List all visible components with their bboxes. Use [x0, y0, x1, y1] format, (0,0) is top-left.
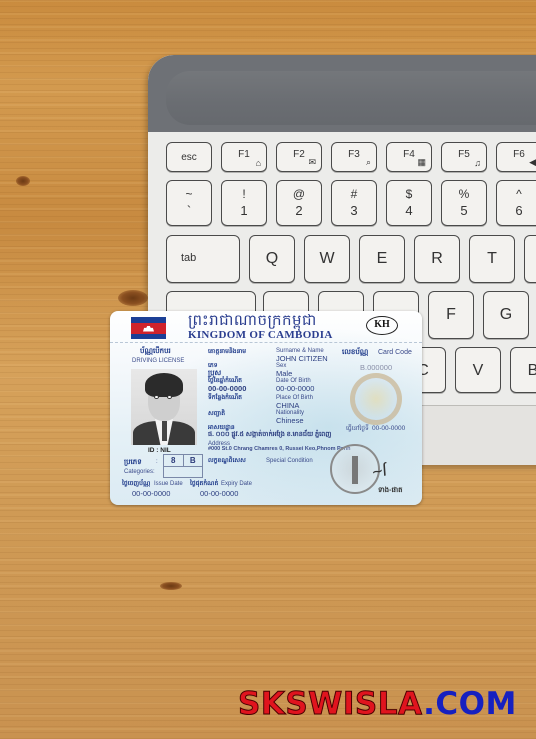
wood-knot	[160, 582, 182, 590]
pob-value: CHINA	[276, 402, 299, 410]
category-box: 8 B	[163, 454, 203, 478]
key-3[interactable]: # 3	[331, 180, 377, 226]
key-label-bottom: `	[167, 203, 211, 218]
key-f5[interactable]: F5 ♫	[441, 142, 487, 172]
nationality-khmer-label: សញ្ជាតិ	[208, 411, 225, 417]
dob-value: 00-00-0000	[276, 385, 314, 393]
key-label-bottom: 5	[442, 203, 486, 218]
key-f6[interactable]: F6 ◀	[496, 142, 536, 172]
official-seal-icon	[350, 373, 402, 425]
watermark-red: SKSWISLA	[238, 686, 423, 722]
expiry-value: 00-00-0000	[200, 490, 238, 498]
driving-license-card: ព្រះរាជាណាចក្រកម្ពុជា KINGDOM OF CAMBODI…	[110, 311, 422, 505]
license-english: DRIVING LICENSE	[132, 358, 184, 364]
key-1[interactable]: ! 1	[221, 180, 267, 226]
key-b[interactable]: B	[510, 347, 536, 393]
key-label-bottom: 3	[332, 203, 376, 218]
key-label: T	[470, 250, 514, 268]
home-icon: ⌂	[256, 158, 261, 168]
calculator-icon: ▦	[417, 157, 426, 168]
back-icon: ◀	[529, 157, 536, 168]
key-tab[interactable]: tab	[166, 235, 240, 283]
key-g[interactable]: G	[483, 291, 529, 339]
key-q[interactable]: Q	[249, 235, 295, 283]
address-khmer-value: ផ. ០០០ ផ្លូវ.៥ សង្កាត់ចាក់អង្រែ ខ.មានជ័យ…	[208, 432, 332, 439]
wood-knot	[16, 176, 30, 186]
key-esc[interactable]: esc	[166, 142, 212, 172]
watermark: SKSWISLA.COM	[238, 686, 517, 722]
signature-khmer: ទាង-ផាត	[378, 487, 403, 494]
issue-place-date: 00-00-0000	[372, 426, 405, 433]
key-label-top: ^	[497, 187, 536, 201]
sex-value: Male	[276, 370, 292, 378]
category-value: B	[184, 455, 203, 466]
nationality-value: Chinese	[276, 417, 304, 425]
card-code-value: B.000000	[360, 364, 392, 372]
key-label: E	[360, 250, 404, 268]
key-label-top: ~	[167, 187, 211, 201]
key-label: F	[429, 306, 473, 324]
key-label-top: #	[332, 187, 376, 201]
key-f2[interactable]: F2 ✉	[276, 142, 322, 172]
key-t[interactable]: T	[469, 235, 515, 283]
category-colon: :	[156, 459, 158, 465]
key-label-bottom: 6	[497, 203, 536, 218]
key-label-bottom: 1	[222, 203, 266, 218]
key-tilde[interactable]: ~ `	[166, 180, 212, 226]
expiry-khmer-label: ថ្ងៃផុតកំណត់	[190, 481, 218, 487]
category-value: 8	[164, 455, 184, 466]
key-label: esc	[167, 152, 211, 163]
issue-place-khmer: ធ្វើនៅថ្ងៃទី	[346, 426, 369, 432]
key-f3[interactable]: F3 ⌕	[331, 142, 377, 172]
key-4[interactable]: $ 4	[386, 180, 432, 226]
key-label: W	[305, 250, 349, 268]
holder-photo	[131, 369, 197, 445]
key-label: Q	[250, 250, 294, 268]
key-2[interactable]: @ 2	[276, 180, 322, 226]
music-icon: ♫	[474, 158, 481, 168]
issue-value: 00-00-0000	[132, 490, 170, 498]
category-label: Categories:	[124, 469, 155, 475]
key-label-top: !	[222, 187, 266, 201]
search-icon: ⌕	[366, 157, 371, 168]
key-5[interactable]: % 5	[441, 180, 487, 226]
issue-khmer-label: ថ្ងៃចេញប័ណ្ណ	[122, 481, 150, 487]
category-khmer: ប្រភេទ	[124, 459, 142, 466]
key-w[interactable]: W	[304, 235, 350, 283]
country-code-badge: KH	[366, 316, 398, 335]
key-f1[interactable]: F1 ⌂	[221, 142, 267, 172]
dob-khmer-value: 00-00-0000	[208, 385, 246, 393]
card-code-label: Card Code	[378, 349, 412, 356]
key-r[interactable]: R	[414, 235, 460, 283]
key-label: B	[511, 362, 536, 380]
key-y-partial[interactable]	[524, 235, 536, 283]
special-label: Special Condition	[266, 458, 313, 464]
name-value: JOHN CITIZEN	[276, 355, 328, 363]
license-khmer: ប័ណ្ណបើកបរ	[140, 348, 171, 355]
pob-khmer-label: ទីកន្លែងកំណើត	[208, 395, 242, 401]
key-f[interactable]: F	[428, 291, 474, 339]
mail-icon: ✉	[308, 157, 316, 168]
key-label-top: @	[277, 187, 321, 201]
expiry-label: Expiry Date	[221, 481, 252, 487]
key-label-bottom: 4	[387, 203, 431, 218]
card-header: ព្រះរាជាណាចក្រកម្ពុជា KINGDOM OF CAMBODI…	[110, 311, 422, 343]
keyboard-top-bar	[148, 55, 536, 132]
keyboard-top-tray	[166, 71, 536, 125]
key-label-top: %	[442, 187, 486, 201]
address-value: #000 St.0 Chrang Chamres 0, Russei Keo,P…	[208, 447, 350, 453]
header-english: KINGDOM OF CAMBODIA	[188, 329, 333, 341]
sex-khmer-value: ប្រុស	[208, 370, 221, 377]
issue-label: Issue Date	[154, 481, 183, 487]
key-label: tab	[181, 252, 239, 264]
key-f4[interactable]: F4 ▦	[386, 142, 432, 172]
cambodia-flag-icon	[131, 317, 166, 339]
key-6[interactable]: ^ 6	[496, 180, 536, 226]
card-code-khmer: លេខប័ណ្ណ	[342, 349, 368, 356]
key-label: R	[415, 250, 459, 268]
key-label: G	[484, 306, 528, 324]
key-label-top: $	[387, 187, 431, 201]
watermark-blue: .COM	[423, 686, 517, 722]
key-e[interactable]: E	[359, 235, 405, 283]
sex-khmer-label: ភេទ	[208, 363, 218, 369]
name-khmer-label: គោត្តនាមនិងនាម	[208, 349, 246, 355]
key-label-bottom: 2	[277, 203, 321, 218]
key-v[interactable]: V	[455, 347, 501, 393]
special-khmer-label: លក្ខខណ្ឌពិសេស	[208, 458, 246, 464]
wood-knot	[118, 290, 148, 306]
key-label: V	[456, 362, 500, 380]
